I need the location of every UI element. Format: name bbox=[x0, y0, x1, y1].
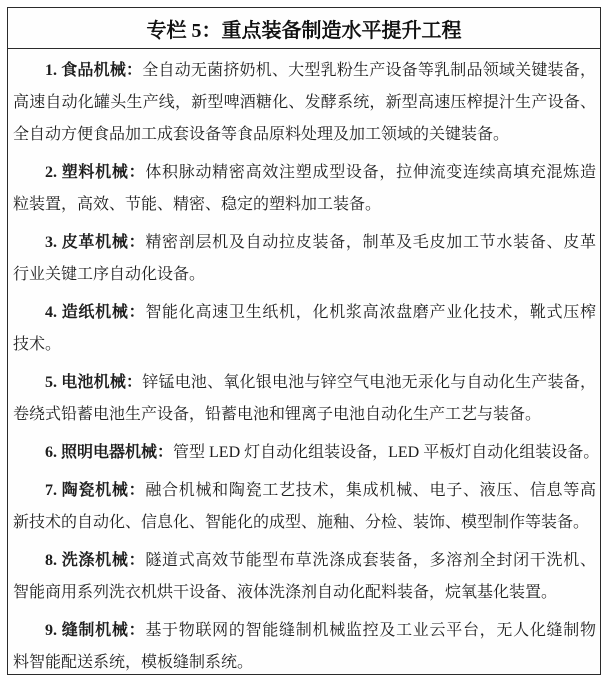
list-item-lighting-machinery: 6. 照明电器机械：管型 LED 灯自动化组装设备，LED 平板灯自动化组装设备… bbox=[13, 437, 596, 469]
item-label: 2. 塑料机械： bbox=[45, 164, 145, 181]
list-item-sewing-machinery: 9. 缝制机械：基于物联网的智能缝制机械监控及工业云平台，无人化缝制物 料智能配… bbox=[13, 615, 596, 675]
item-label: 3. 皮革机械： bbox=[45, 234, 145, 251]
item-label: 4. 造纸机械： bbox=[45, 304, 145, 321]
item-text: 基于物联网的智能缝制机械监控及工业云平台，无人化缝制物 bbox=[145, 622, 596, 639]
list-item-food-machinery: 1. 食品机械：全自动无菌挤奶机、大型乳粉生产设备等乳制品领域关键装备， 高速自… bbox=[13, 55, 596, 151]
list-item-plastic-machinery: 2. 塑料机械：体积脉动精密高效注塑成型设备，拉伸流变连续高填充混炼造 粒装置，… bbox=[13, 157, 596, 221]
text-line: 粒装置，高效、节能、精密、稳定的塑料加工装备。 bbox=[13, 189, 596, 221]
text-line: 4. 造纸机械：智能化高速卫生纸机，化机浆高浓盘磨产业化技术，靴式压榨 bbox=[13, 297, 596, 329]
text-line: 2. 塑料机械：体积脉动精密高效注塑成型设备，拉伸流变连续高填充混炼造 bbox=[13, 157, 596, 189]
item-label: 5. 电池机械： bbox=[45, 374, 142, 391]
text-line: 6. 照明电器机械：管型 LED 灯自动化组装设备，LED 平板灯自动化组装设备… bbox=[13, 437, 596, 469]
list-item-battery-machinery: 5. 电池机械：锌锰电池、氧化银电池与锌空气电池无汞化与自动化生产装备， 卷绕式… bbox=[13, 367, 596, 431]
text-line: 5. 电池机械：锌锰电池、氧化银电池与锌空气电池无汞化与自动化生产装备， bbox=[13, 367, 596, 399]
text-line: 料智能配送系统，模板缝制系统。 bbox=[13, 647, 596, 675]
panel-title-row: 专栏 5：重点装备制造水平提升工程 bbox=[8, 8, 600, 49]
text-line: 9. 缝制机械：基于物联网的智能缝制机械监控及工业云平台，无人化缝制物 bbox=[13, 615, 596, 647]
list-item-papermaking-machinery: 4. 造纸机械：智能化高速卫生纸机，化机浆高浓盘磨产业化技术，靴式压榨 技术。 bbox=[13, 297, 596, 361]
item-label: 7. 陶瓷机械： bbox=[45, 482, 145, 499]
item-label: 1. 食品机械： bbox=[45, 62, 142, 79]
item-text: 全自动无菌挤奶机、大型乳粉生产设备等乳制品领域关键装备， bbox=[142, 62, 596, 79]
item-text: 锌锰电池、氧化银电池与锌空气电池无汞化与自动化生产装备， bbox=[142, 374, 596, 391]
text-line: 全自动方便食品加工成套设备等食品原料处理及加工领域的关键装备。 bbox=[13, 119, 596, 151]
text-line: 8. 洗涤机械：隧道式高效节能型布草洗涤成套装备，多溶剂全封闭干洗机、 bbox=[13, 545, 596, 577]
text-line: 高速自动化罐头生产线，新型啤酒糖化、发酵系统，新型高速压榨提汁生产设备、 bbox=[13, 87, 596, 119]
item-text: 融合机械和陶瓷工艺技术，集成机械、电子、液压、信息等高 bbox=[145, 482, 596, 499]
text-line: 新技术的自动化、信息化、智能化的成型、施釉、分检、装饰、模型制作等装备。 bbox=[13, 507, 596, 539]
panel-body: 1. 食品机械：全自动无菌挤奶机、大型乳粉生产设备等乳制品领域关键装备， 高速自… bbox=[8, 49, 600, 675]
item-label: 6. 照明电器机械： bbox=[45, 444, 173, 461]
text-line: 行业关键工序自动化设备。 bbox=[13, 259, 596, 291]
item-text: 隧道式高效节能型布草洗涤成套装备，多溶剂全封闭干洗机、 bbox=[145, 552, 596, 569]
item-text: 管型 LED 灯自动化组装设备，LED 平板灯自动化组装设备。 bbox=[173, 444, 596, 461]
item-text: 智能化高速卫生纸机，化机浆高浓盘磨产业化技术，靴式压榨 bbox=[145, 304, 596, 321]
text-line: 1. 食品机械：全自动无菌挤奶机、大型乳粉生产设备等乳制品领域关键装备， bbox=[13, 55, 596, 87]
column-box: 专栏 5：重点装备制造水平提升工程 1. 食品机械：全自动无菌挤奶机、大型乳粉生… bbox=[7, 7, 601, 675]
list-item-leather-machinery: 3. 皮革机械：精密剖层机及自动拉皮装备，制革及毛皮加工节水装备、皮革 行业关键… bbox=[13, 227, 596, 291]
list-item-washing-machinery: 8. 洗涤机械：隧道式高效节能型布草洗涤成套装备，多溶剂全封闭干洗机、 智能商用… bbox=[13, 545, 596, 609]
item-label: 9. 缝制机械： bbox=[45, 622, 145, 639]
text-line: 技术。 bbox=[13, 329, 596, 361]
panel-title: 专栏 5：重点装备制造水平提升工程 bbox=[147, 14, 462, 43]
item-text: 精密剖层机及自动拉皮装备，制革及毛皮加工节水装备、皮革 bbox=[145, 234, 596, 251]
page: { "panel": { "title": "专栏 5：重点装备制造水平提升工程… bbox=[0, 0, 608, 682]
text-line: 智能商用系列洗衣机烘干设备、液体洗涤剂自动化配料装备，烷氧基化装置。 bbox=[13, 577, 596, 609]
list-item-ceramic-machinery: 7. 陶瓷机械：融合机械和陶瓷工艺技术，集成机械、电子、液压、信息等高 新技术的… bbox=[13, 475, 596, 539]
text-line: 3. 皮革机械：精密剖层机及自动拉皮装备，制革及毛皮加工节水装备、皮革 bbox=[13, 227, 596, 259]
text-line: 卷绕式铅蓄电池生产设备，铅蓄电池和锂离子电池自动化生产工艺与装备。 bbox=[13, 399, 596, 431]
item-text: 体积脉动精密高效注塑成型设备，拉伸流变连续高填充混炼造 bbox=[145, 164, 596, 181]
item-label: 8. 洗涤机械： bbox=[45, 552, 145, 569]
text-line: 7. 陶瓷机械：融合机械和陶瓷工艺技术，集成机械、电子、液压、信息等高 bbox=[13, 475, 596, 507]
